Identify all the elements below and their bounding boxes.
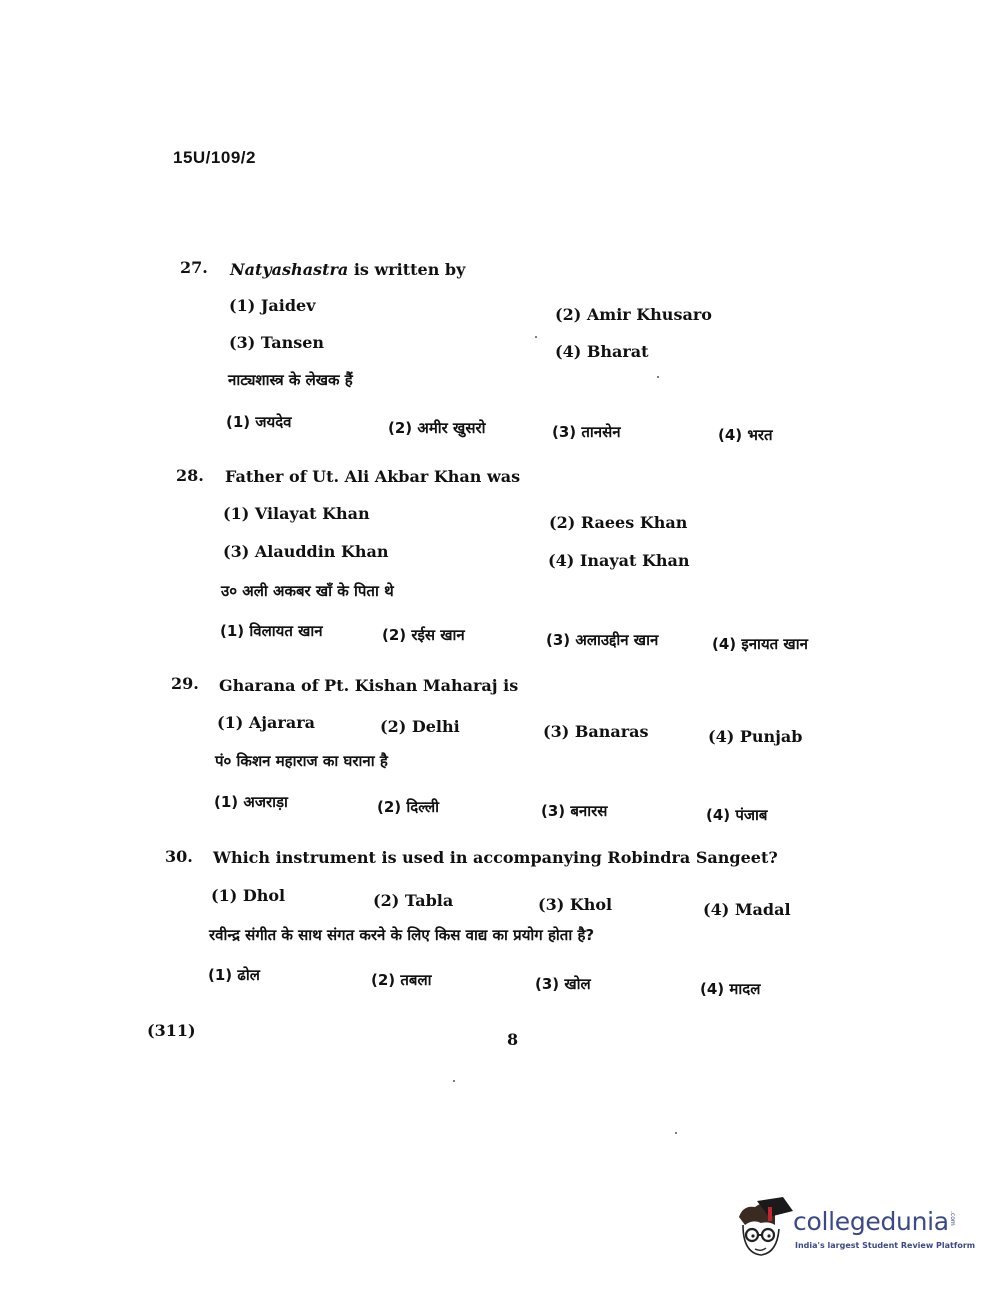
option-3-hindi: (3) तानसेन bbox=[552, 422, 621, 442]
question-text: Father of Ut. Ali Akbar Khan was bbox=[225, 467, 520, 486]
option-2: (2) Raees Khan bbox=[549, 513, 687, 532]
question-text-hindi: नाट्यशास्त्र के लेखक हैं bbox=[228, 370, 353, 390]
option-1: (1) Ajarara bbox=[217, 713, 315, 732]
option-2: (2) Delhi bbox=[380, 717, 460, 736]
question-text-hindi: उ० अली अकबर खाँ के पिता थे bbox=[221, 581, 394, 601]
option-3-hindi: (3) बनारस bbox=[541, 801, 607, 821]
option-1-hindi: (1) जयदेव bbox=[226, 412, 292, 432]
option-4: (4) Madal bbox=[703, 900, 791, 919]
question-text: Which instrument is used in accompanying… bbox=[213, 848, 778, 867]
option-1: (1) Dhol bbox=[211, 886, 285, 905]
question-text-hindi: रवीन्द्र संगीत के साथ संगत करने के लिए क… bbox=[209, 925, 594, 945]
option-1-hindi: (1) अजराड़ा bbox=[214, 792, 288, 812]
option-3: (3) Khol bbox=[538, 895, 612, 914]
question-number: 27. bbox=[180, 258, 208, 277]
question-text: Gharana of Pt. Kishan Maharaj is bbox=[219, 676, 518, 695]
option-4-hindi: (4) मादल bbox=[700, 979, 760, 999]
question-number: 28. bbox=[176, 466, 204, 485]
scan-speck bbox=[657, 376, 659, 378]
brand-tagline: India's largest Student Review Platform bbox=[795, 1241, 975, 1250]
question-number: 30. bbox=[165, 847, 193, 866]
scan-speck bbox=[535, 336, 537, 338]
option-3: (3) Banaras bbox=[543, 722, 649, 741]
option-3: (3) Tansen bbox=[229, 333, 324, 352]
question-number: 29. bbox=[171, 674, 199, 693]
option-4-hindi: (4) भरत bbox=[718, 425, 773, 445]
option-2-hindi: (2) दिल्ली bbox=[377, 797, 439, 817]
option-4: (4) Inayat Khan bbox=[548, 551, 690, 570]
option-4: (4) Punjab bbox=[708, 727, 802, 746]
brand-domain: .com bbox=[949, 1211, 956, 1226]
option-2: (2) Tabla bbox=[373, 891, 453, 910]
scan-speck bbox=[675, 1132, 677, 1134]
mascot-icon bbox=[735, 1195, 795, 1265]
option-4-hindi: (4) पंजाब bbox=[706, 805, 767, 825]
option-2-hindi: (2) तबला bbox=[371, 970, 432, 990]
brand-name: collegedunia bbox=[793, 1207, 949, 1236]
collegedunia-watermark: collegedunia .com India's largest Studen… bbox=[735, 1195, 965, 1265]
option-4: (4) Bharat bbox=[555, 342, 649, 361]
option-2: (2) Amir Khusaro bbox=[555, 305, 712, 324]
paper-code: 15U/109/2 bbox=[173, 148, 256, 168]
question-text-hindi: पं० किशन महाराज का घराना है bbox=[215, 751, 388, 771]
option-1-hindi: (1) ढोल bbox=[208, 965, 260, 985]
option-3-hindi: (3) खोल bbox=[535, 974, 591, 994]
option-2-hindi: (2) अमीर खुसरो bbox=[388, 418, 485, 438]
option-2-hindi: (2) रईस खान bbox=[382, 625, 465, 645]
option-1-hindi: (1) विलायत खान bbox=[220, 621, 323, 641]
question-text: Natyashastra is written by bbox=[230, 260, 465, 279]
option-4-hindi: (4) इनायत खान bbox=[712, 634, 808, 654]
scan-speck bbox=[453, 1080, 455, 1082]
page-number: 8 bbox=[507, 1030, 518, 1049]
footer-code: (311) bbox=[147, 1021, 196, 1040]
option-1: (1) Vilayat Khan bbox=[223, 504, 370, 523]
option-3-hindi: (3) अलाउद्दीन खान bbox=[546, 630, 658, 650]
option-3: (3) Alauddin Khan bbox=[223, 542, 389, 561]
option-1: (1) Jaidev bbox=[229, 296, 316, 315]
